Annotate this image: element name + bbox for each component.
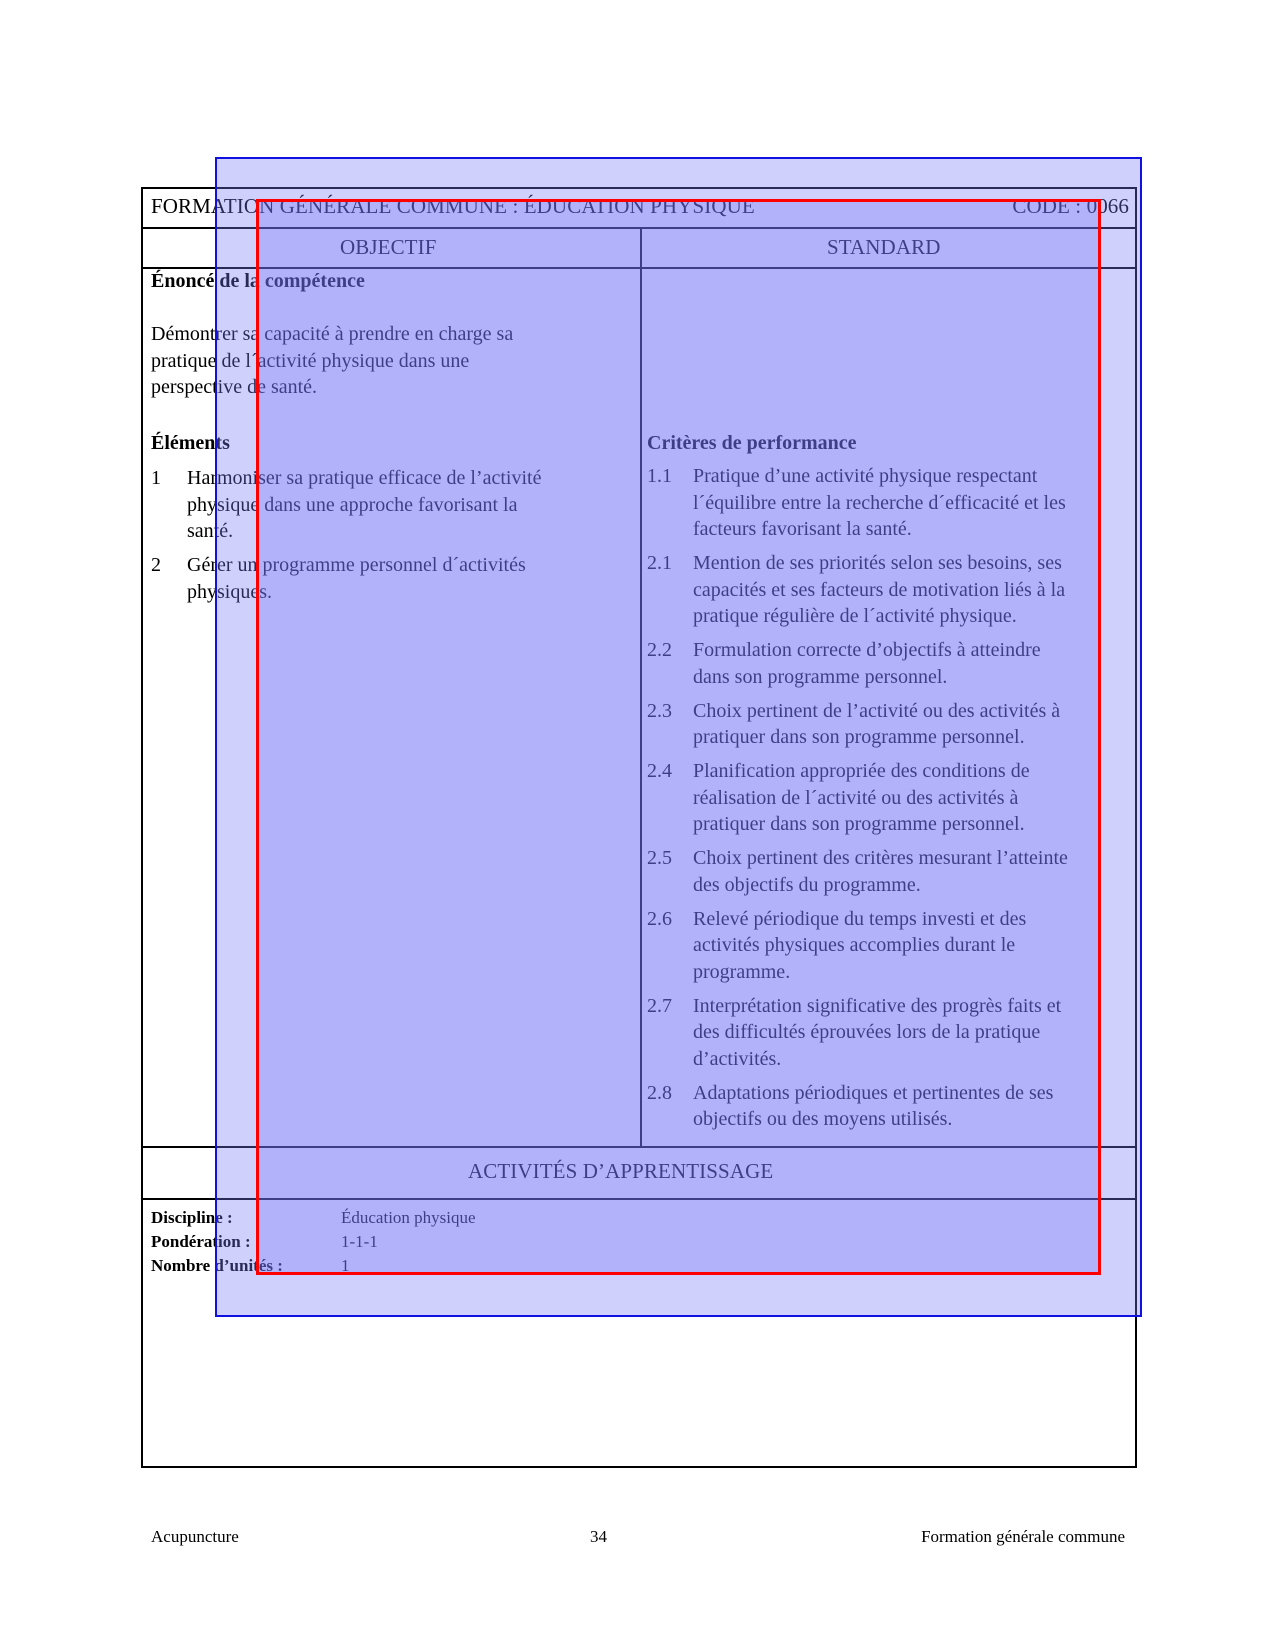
annotation-region-inner [256,199,1101,1275]
footer-left: Acupuncture [151,1527,239,1547]
element-number: 2 [151,552,161,579]
page-number: 34 [590,1527,607,1547]
footer-right: Formation générale commune [921,1527,1125,1547]
element-number: 1 [151,465,161,492]
